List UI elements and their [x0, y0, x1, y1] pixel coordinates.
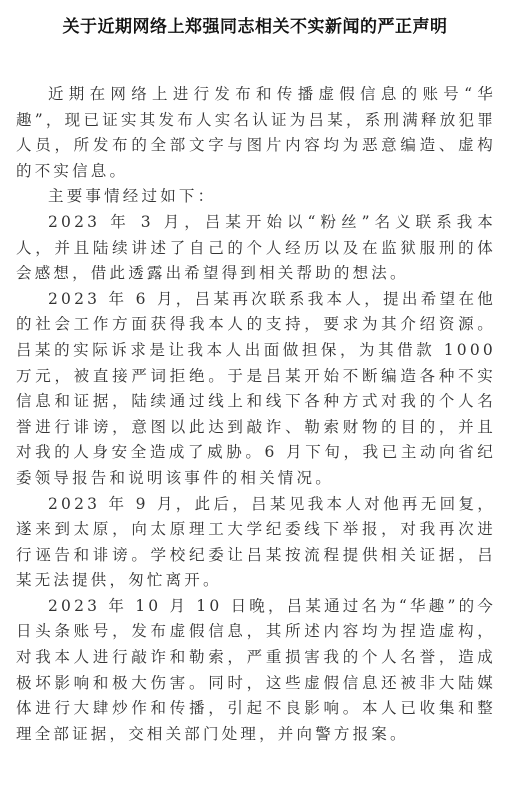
document-body: 近期在网络上进行发布和传播虚假信息的账号“华趣”，现已证实其发布人实名认证为吕某… [16, 82, 496, 747]
paragraph-march-2023: 2023 年 3 月，吕某开始以“粉丝”名义联系我本人，并且陆续讲述了自己的个人… [16, 210, 496, 287]
paragraph-october-2023: 2023 年 10 月 10 日晚，吕某通过名为“华趣”的今日头条账号，发布虚假… [16, 594, 496, 748]
document-title: 关于近期网络上郑强同志相关不实新闻的严正声明 [0, 12, 510, 37]
paragraph-intro: 近期在网络上进行发布和传播虚假信息的账号“华趣”，现已证实其发布人实名认证为吕某… [16, 82, 496, 184]
paragraph-september-2023: 2023 年 9 月，此后，吕某见我本人对他再无回复，遂来到太原，向太原理工大学… [16, 492, 496, 594]
paragraph-june-2023: 2023 年 6 月，吕某再次联系我本人，提出希望在他的社会工作方面获得我本人的… [16, 287, 496, 492]
paragraph-summary-heading: 主要事情经过如下： [16, 184, 496, 210]
